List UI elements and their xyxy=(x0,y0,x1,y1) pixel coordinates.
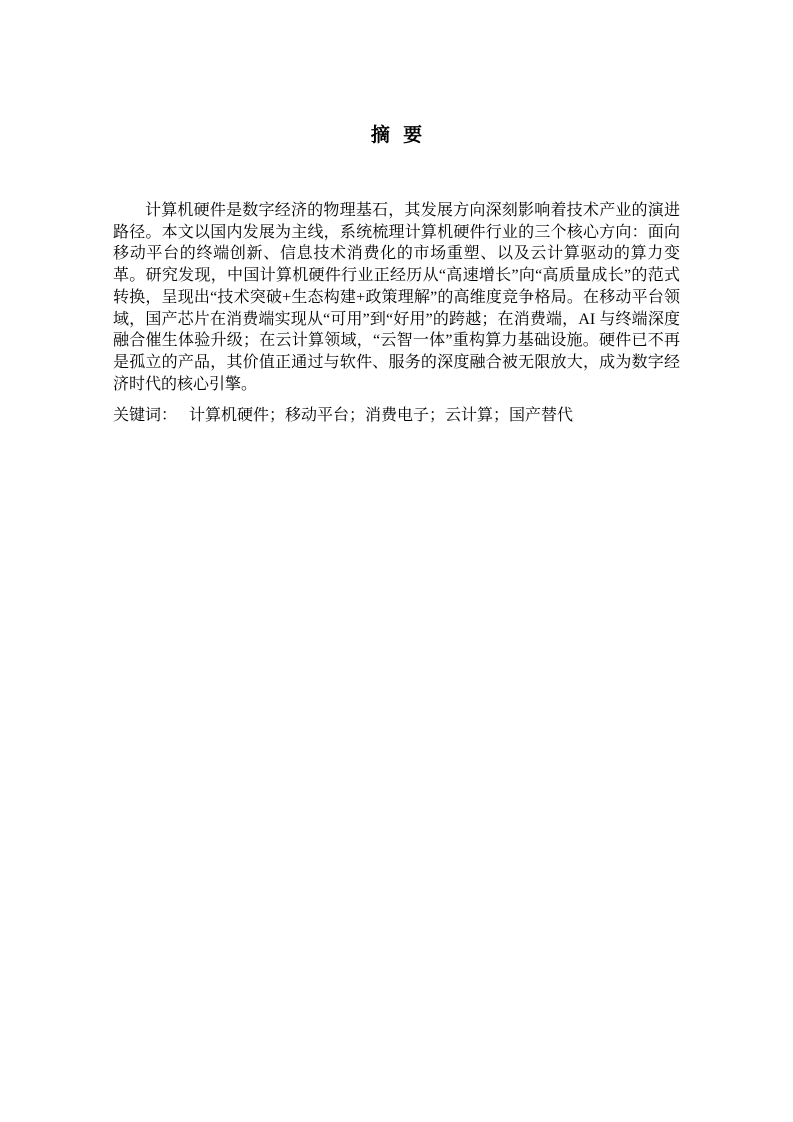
abstract-page: 摘 要 计算机硬件是数字经济的物理基石，其发展方向深刻影响着技术产业的演进路径。… xyxy=(0,0,793,1122)
keywords-text: 计算机硬件；移动平台；消费电子；云计算；国产替代 xyxy=(189,407,573,424)
abstract-paragraph: 计算机硬件是数字经济的物理基石，其发展方向深刻影响着技术产业的演进路径。本文以国… xyxy=(113,200,680,395)
keywords-line: 关键词：计算机硬件；移动平台；消费电子；云计算；国产替代 xyxy=(113,405,680,427)
keywords-label: 关键词： xyxy=(113,407,177,424)
page-title: 摘 要 xyxy=(0,125,793,147)
